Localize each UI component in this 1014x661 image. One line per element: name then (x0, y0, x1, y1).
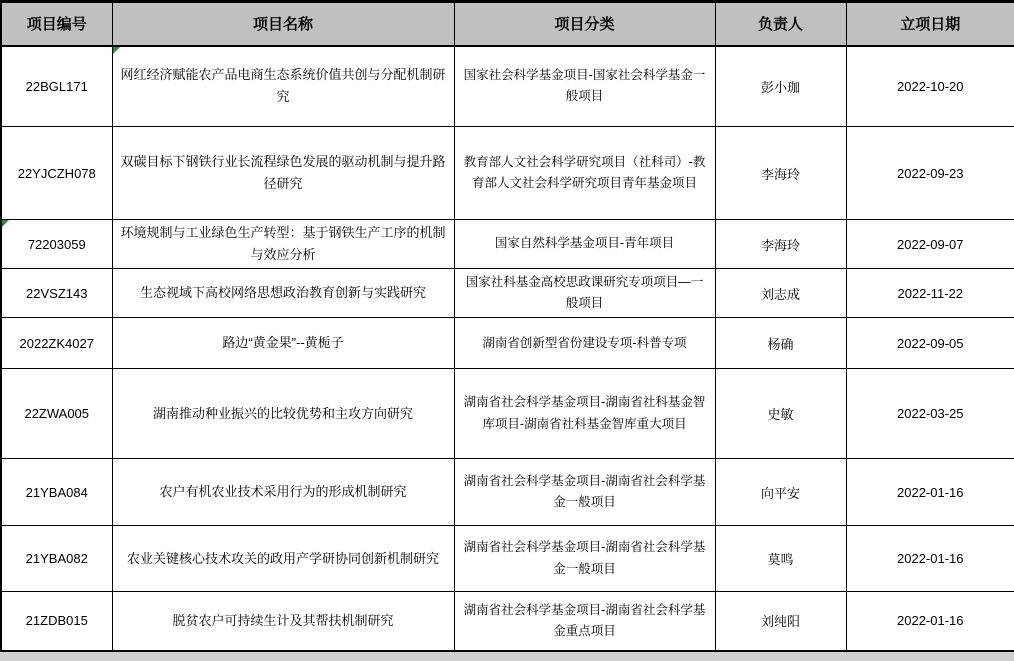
cell-project-id[interactable]: 22BGL171 (1, 46, 112, 127)
cell-date[interactable]: 2022-11-22 (846, 269, 1014, 318)
header-project-id[interactable]: 项目编号 (1, 2, 112, 46)
cell-date[interactable]: 2022-10-20 (846, 46, 1014, 127)
spreadsheet-screenshot: 项目编号 项目名称 项目分类 负责人 立项日期 22BGL171 网红经济赋能农… (0, 0, 1014, 661)
header-category[interactable]: 项目分类 (454, 2, 715, 46)
cell-leader[interactable]: 刘纯阳 (715, 592, 846, 651)
table-row: 21YBA082 农业关键核心技术攻关的政用产学研协同创新机制研究 湖南省社会科… (1, 526, 1014, 592)
cell-date[interactable]: 2022-03-25 (846, 369, 1014, 459)
project-name-text: 网红经济赋能农产品电商生态系统价值共创与分配机制研究 (120, 67, 445, 104)
projects-table: 项目编号 项目名称 项目分类 负责人 立项日期 22BGL171 网红经济赋能农… (0, 0, 1014, 652)
header-leader[interactable]: 负责人 (715, 2, 846, 46)
cell-leader[interactable]: 李海玲 (715, 127, 846, 220)
cell-project-id[interactable]: 22VSZ143 (1, 269, 112, 318)
cell-category[interactable]: 湖南省创新型省份建设专项-科普专项 (454, 318, 715, 369)
cell-project-name[interactable]: 路边“黄金果”--黄栀子 (112, 318, 454, 369)
cell-date[interactable]: 2022-01-16 (846, 459, 1014, 526)
cell-category[interactable]: 教育部人文社会科学研究项目（社科司）-教育部人文社会科学研究项目青年基金项目 (454, 127, 715, 220)
cell-leader[interactable]: 杨确 (715, 318, 846, 369)
cell-project-id[interactable]: 21YBA084 (1, 459, 112, 526)
cell-date[interactable]: 2022-01-16 (846, 526, 1014, 592)
cell-leader[interactable]: 史敏 (715, 369, 846, 459)
cell-category[interactable]: 湖南省社会科学基金项目-湖南省社科基金智库项目-湖南省社科基金智库重大项目 (454, 369, 715, 459)
cell-project-name[interactable]: 双碳目标下钢铁行业长流程绿色发展的驱动机制与提升路径研究 (112, 127, 454, 220)
header-project-name[interactable]: 项目名称 (112, 2, 454, 46)
table-row: 21YBA084 农户有机农业技术采用行为的形成机制研究 湖南省社会科学基金项目… (1, 459, 1014, 526)
cell-category[interactable]: 国家自然科学基金项目-青年项目 (454, 220, 715, 269)
header-date[interactable]: 立项日期 (846, 2, 1014, 46)
table-row: 22YJCZH078 双碳目标下钢铁行业长流程绿色发展的驱动机制与提升路径研究 … (1, 127, 1014, 220)
cell-project-id[interactable]: 72203059 (1, 220, 112, 269)
cell-project-name[interactable]: 生态视域下高校网络思想政治教育创新与实践研究 (112, 269, 454, 318)
header-row: 项目编号 项目名称 项目分类 负责人 立项日期 (1, 2, 1014, 46)
cell-date[interactable]: 2022-09-05 (846, 318, 1014, 369)
table-row: 22VSZ143 生态视域下高校网络思想政治教育创新与实践研究 国家社科基金高校… (1, 269, 1014, 318)
outside-sheet-area (0, 652, 1014, 661)
cell-leader[interactable]: 李海玲 (715, 220, 846, 269)
cell-date[interactable]: 2022-09-23 (846, 127, 1014, 220)
cell-project-name[interactable]: 网红经济赋能农产品电商生态系统价值共创与分配机制研究 (112, 46, 454, 127)
cell-project-name[interactable]: 脱贫农户可持续生计及其帮扶机制研究 (112, 592, 454, 651)
cell-project-id[interactable]: 2022ZK4027 (1, 318, 112, 369)
error-indicator-icon (113, 47, 120, 54)
cell-date[interactable]: 2022-09-07 (846, 220, 1014, 269)
table-row: 22BGL171 网红经济赋能农产品电商生态系统价值共创与分配机制研究 国家社会… (1, 46, 1014, 127)
cell-project-id[interactable]: 21ZDB015 (1, 592, 112, 651)
cell-project-id[interactable]: 22YJCZH078 (1, 127, 112, 220)
cell-project-id[interactable]: 22ZWA005 (1, 369, 112, 459)
cell-category[interactable]: 国家社会科学基金项目-国家社会科学基金一般项目 (454, 46, 715, 127)
error-indicator-icon (2, 220, 9, 227)
cell-category[interactable]: 湖南省社会科学基金项目-湖南省社会科学基金一般项目 (454, 526, 715, 592)
table-row: 22ZWA005 湖南推动种业振兴的比较优势和主攻方向研究 湖南省社会科学基金项… (1, 369, 1014, 459)
table-row: 72203059 环境规制与工业绿色生产转型：基于钢铁生产工序的机制与效应分析 … (1, 220, 1014, 269)
cell-leader[interactable]: 彭小珈 (715, 46, 846, 127)
cell-leader[interactable]: 刘志成 (715, 269, 846, 318)
table-row: 2022ZK4027 路边“黄金果”--黄栀子 湖南省创新型省份建设专项-科普专… (1, 318, 1014, 369)
cell-project-name[interactable]: 湖南推动种业振兴的比较优势和主攻方向研究 (112, 369, 454, 459)
cell-project-name[interactable]: 环境规制与工业绿色生产转型：基于钢铁生产工序的机制与效应分析 (112, 220, 454, 269)
cell-category[interactable]: 湖南省社会科学基金项目-湖南省社会科学基金重点项目 (454, 592, 715, 651)
cell-leader[interactable]: 向平安 (715, 459, 846, 526)
cell-project-name[interactable]: 农户有机农业技术采用行为的形成机制研究 (112, 459, 454, 526)
cell-leader[interactable]: 莫鸣 (715, 526, 846, 592)
cell-category[interactable]: 国家社科基金高校思政课研究专项项目—一般项目 (454, 269, 715, 318)
project-id-text: 72203059 (28, 237, 86, 252)
cell-project-id[interactable]: 21YBA082 (1, 526, 112, 592)
cell-date[interactable]: 2022-01-16 (846, 592, 1014, 651)
cell-category[interactable]: 湖南省社会科学基金项目-湖南省社会科学基金一般项目 (454, 459, 715, 526)
cell-project-name[interactable]: 农业关键核心技术攻关的政用产学研协同创新机制研究 (112, 526, 454, 592)
table-row: 21ZDB015 脱贫农户可持续生计及其帮扶机制研究 湖南省社会科学基金项目-湖… (1, 592, 1014, 651)
